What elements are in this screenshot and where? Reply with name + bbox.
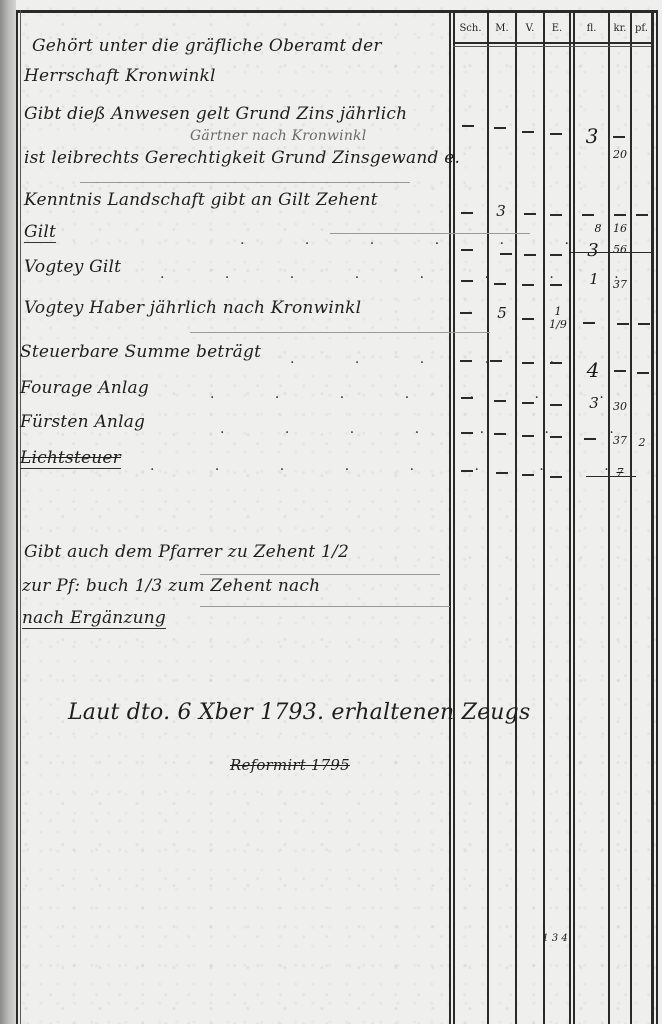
header-kr: kr.: [610, 18, 630, 40]
leader-dots: · · · · · ·: [240, 236, 597, 252]
note-line-2: zur Pf: buch 1/3 zum Zehent nach: [22, 576, 320, 596]
empty-dash: [490, 360, 502, 362]
signature-struck: Reformirt 1795: [230, 756, 350, 774]
header-e: E.: [545, 18, 569, 40]
entry-line-3: Gibt dieß Anwesen gelt Grund Zins jährli…: [24, 104, 407, 124]
value-kr-struck: 7: [610, 466, 630, 479]
note-line-1: Gibt auch dem Pfarrer zu Zehent 1/2: [24, 542, 349, 562]
value-pf: 2: [632, 436, 652, 449]
entry-line-6: Gilt: [24, 222, 56, 243]
empty-dash: [494, 127, 506, 129]
entry-line-2: Herrschaft Kronwinkl: [24, 66, 216, 86]
pencil-line: [330, 233, 530, 234]
entry-line-7: Vogtey Gilt: [24, 257, 121, 277]
empty-dash: [522, 435, 534, 437]
empty-dash: [524, 254, 536, 256]
book-binding: [0, 0, 16, 1024]
empty-dash: [550, 254, 562, 256]
note-line-3: nach Ergänzung: [22, 608, 166, 629]
header-fl: fl.: [575, 18, 608, 40]
entry-line-8: Vogtey Haber jährlich nach Kronwinkl: [24, 298, 361, 318]
value-sch: 3: [488, 202, 514, 220]
entry-line-5: Kenntnis Landschaft gibt an Gilt Zehent: [24, 190, 378, 210]
leader-dots: · · · · · · ·: [220, 425, 642, 441]
column-divider-e-inner: [573, 10, 575, 1024]
empty-dash: [461, 212, 473, 214]
empty-dash: [522, 131, 534, 133]
column-divider-sch: [487, 10, 489, 1024]
empty-dash: [638, 323, 650, 325]
empty-dash: [550, 476, 562, 478]
value-kr: 37: [610, 278, 630, 291]
header-v: V.: [517, 18, 543, 40]
empty-dash: [613, 136, 625, 138]
column-divider-v: [543, 10, 545, 1024]
empty-dash: [522, 362, 534, 364]
empty-dash: [584, 438, 596, 440]
value-fl: 3: [582, 394, 606, 412]
right-border: [651, 10, 654, 1024]
empty-dash: [524, 213, 536, 215]
value-kr: 37: [610, 434, 630, 447]
value-sch: 5: [490, 304, 514, 322]
entry-line-1: Gehört unter die gräfliche Oberamt der: [32, 36, 382, 56]
empty-dash: [494, 400, 506, 402]
entry-line-11: Fürsten Anlag: [20, 412, 145, 432]
left-border-inner: [20, 10, 21, 1024]
ledger-page: Sch. M. V. E. fl. kr. pf. Gehört unter d…: [0, 0, 662, 1024]
leader-dots: · · · · ·: [290, 355, 582, 371]
column-divider-kr: [630, 10, 632, 1024]
empty-dash: [461, 249, 473, 251]
entry-line-10: Fourage Anlag: [20, 378, 149, 398]
empty-dash: [550, 404, 562, 406]
empty-dash: [550, 362, 562, 364]
column-divider-e: [569, 10, 571, 1024]
empty-dash: [494, 433, 506, 435]
empty-dash: [550, 133, 562, 135]
pencil-line: [190, 332, 490, 333]
empty-dash: [617, 323, 629, 325]
signature-line: Laut dto. 6 Xber 1793. erhaltenen Zeugs: [68, 700, 530, 725]
value-kr: 16: [610, 222, 630, 235]
column-divider-fl: [608, 10, 610, 1024]
entry-line-12-struck: Lichtsteuer: [20, 448, 121, 469]
empty-dash: [460, 360, 472, 362]
pencil-line: [200, 606, 450, 607]
empty-dash: [614, 214, 626, 216]
empty-dash: [461, 432, 473, 434]
value-kr: 56: [610, 243, 630, 256]
top-border: [16, 10, 658, 13]
column-divider-m: [515, 10, 517, 1024]
empty-dash: [522, 284, 534, 286]
empty-dash: [636, 214, 648, 216]
empty-dash: [461, 470, 473, 472]
entry-line-4: ist leibrechts Gerechtigkeit Grund Zinsg…: [24, 148, 460, 168]
empty-dash: [637, 372, 649, 374]
value-kr: 20: [609, 148, 631, 161]
empty-dash: [522, 474, 534, 476]
empty-dash: [522, 402, 534, 404]
empty-dash: [583, 322, 595, 324]
empty-dash: [550, 436, 562, 438]
header-underline-2: [453, 46, 651, 47]
empty-dash: [614, 370, 626, 372]
empty-dash: [461, 280, 473, 282]
value-kr: 30: [610, 400, 630, 413]
value-fl: 4: [580, 358, 606, 382]
left-border: [16, 10, 18, 1024]
value-fl: 3: [578, 124, 606, 148]
entry-line-9: Steuerbare Summe beträgt: [20, 342, 261, 362]
empty-dash: [494, 283, 506, 285]
entry-interlinear-note: Gärtner nach Kronwinkl: [190, 128, 366, 144]
footer-mark: 1 3 4: [535, 933, 575, 944]
value-fl: 8: [590, 222, 606, 235]
pencil-line: [200, 574, 440, 575]
empty-dash: [462, 125, 474, 127]
empty-dash: [550, 284, 562, 286]
header-pf: pf.: [632, 18, 651, 40]
value-fl: 3: [580, 240, 606, 261]
empty-dash: [582, 214, 594, 216]
empty-dash: [550, 214, 562, 216]
pencil-line: [80, 182, 410, 183]
empty-dash: [460, 312, 472, 314]
value-e: 1 1/9: [546, 305, 570, 331]
header-m: M.: [489, 18, 515, 40]
strike-line: [586, 476, 636, 477]
empty-dash: [522, 318, 534, 320]
empty-dash: [500, 253, 512, 255]
header-underline: [453, 42, 651, 44]
empty-dash: [461, 397, 473, 399]
sum-line: [570, 252, 654, 253]
value-fl: 1: [584, 270, 604, 288]
empty-dash: [496, 472, 508, 474]
right-border-outer: [656, 10, 658, 1024]
header-sch: Sch.: [454, 18, 487, 40]
leader-dots: · · · · · · ·: [210, 390, 632, 406]
